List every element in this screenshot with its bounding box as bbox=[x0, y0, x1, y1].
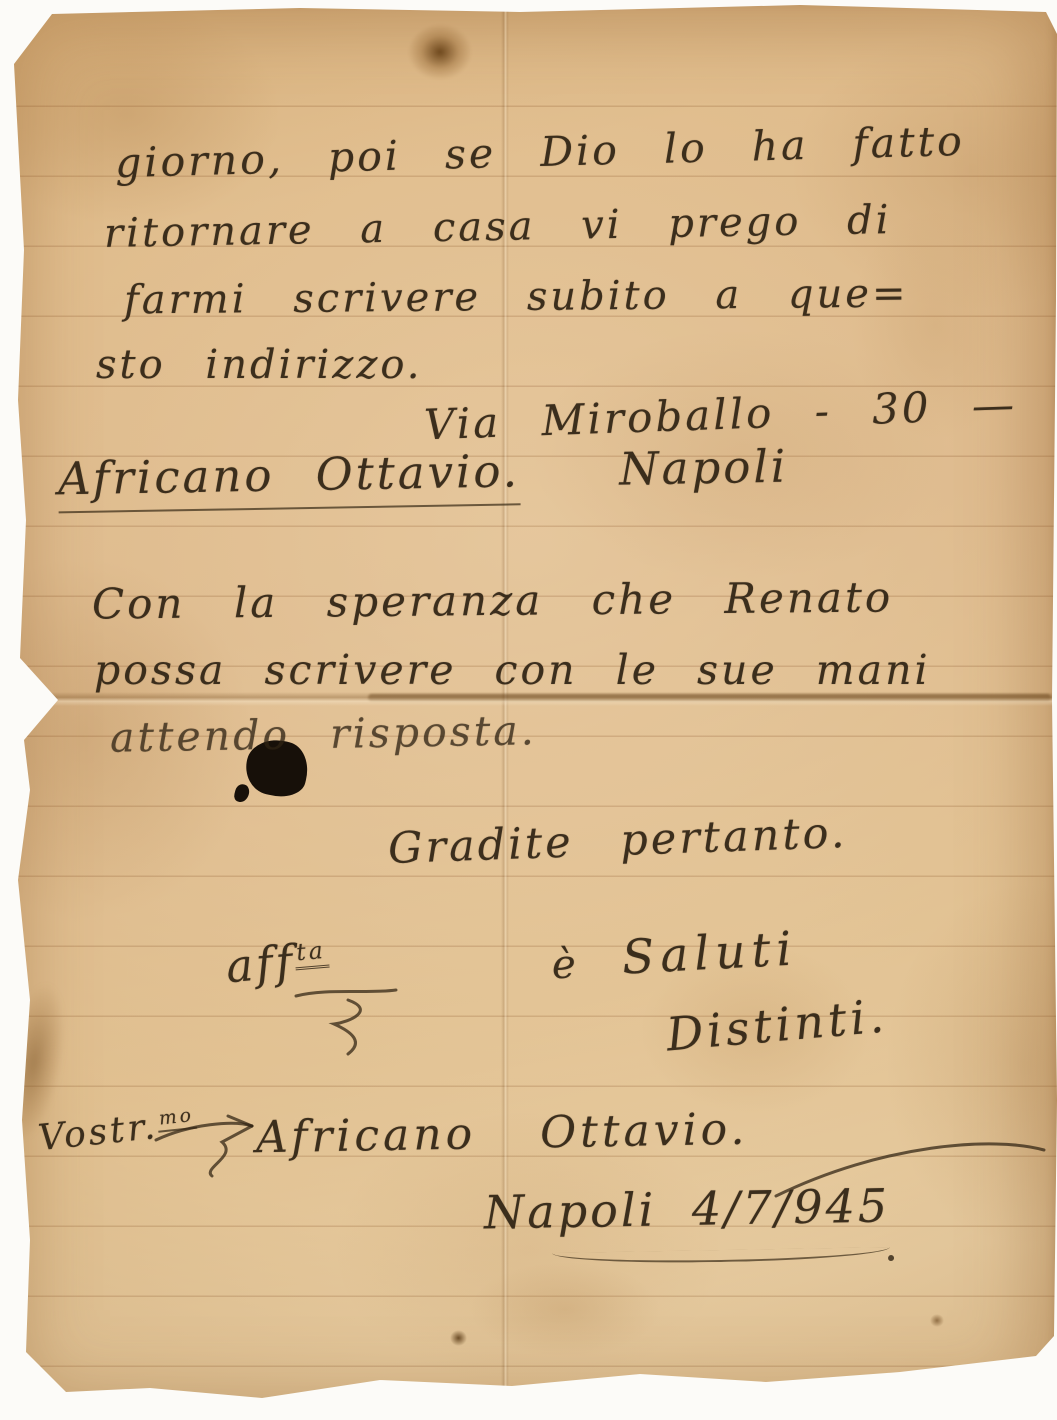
horizontal-fold-crease-dark bbox=[368, 694, 1051, 701]
stain-top-center bbox=[408, 24, 472, 80]
hope-line-1: Con la speranza che Renato bbox=[92, 573, 894, 629]
signature-prefix: Vostr.mo bbox=[36, 1102, 198, 1159]
signature-prefix-base: Vostr. bbox=[36, 1106, 160, 1159]
address-street: Via Miroballo - 30 — bbox=[423, 380, 1017, 450]
regards-abbreviation: affta bbox=[224, 932, 331, 994]
hope-line-2: possa scrivere con le sue mani bbox=[94, 646, 931, 694]
sender-name-underlined: Africano Ottavio. bbox=[58, 444, 521, 513]
letter-body-line-3: farmi scrivere subito a que= bbox=[124, 271, 909, 324]
regards-abbrev-base: aff bbox=[224, 935, 297, 994]
regards-distinti: Distinti. bbox=[664, 988, 890, 1061]
scanned-letter: giorno, poi se Dio lo ha fatto ritornare… bbox=[0, 0, 1057, 1420]
pen-flourish-under-abbreviation bbox=[292, 988, 402, 1060]
regards-saluti: Saluti bbox=[621, 921, 799, 985]
address-line: Africano Ottavio. Napoli bbox=[58, 440, 789, 506]
hope-line-3: attendo risposta. bbox=[110, 706, 537, 761]
closing-line: Gradite pertanto. bbox=[387, 808, 848, 874]
signature-prefix-superscript: mo bbox=[156, 1105, 197, 1133]
letter-body-line-4: sto indirizzo. bbox=[96, 342, 423, 388]
stain-faint-bottom bbox=[470, 1262, 660, 1357]
letter-body-line-1: giorno, poi se Dio lo ha fatto bbox=[115, 117, 966, 187]
stain-dot-bottom-center bbox=[450, 1330, 467, 1346]
letter-paper: giorno, poi se Dio lo ha fatto ritornare… bbox=[0, 0, 1057, 1420]
dateline-underline bbox=[552, 1247, 890, 1265]
stain-dot-bottom-right bbox=[930, 1314, 944, 1327]
horizontal-fold-crease bbox=[0, 692, 1057, 706]
dateline: Napoli 4/7/945 bbox=[484, 1178, 891, 1239]
signature-name: Africano Ottavio. bbox=[256, 1104, 749, 1164]
letter-body-line-2: ritornare a casa vi prego di bbox=[104, 197, 892, 257]
address-city: Napoli bbox=[619, 440, 789, 496]
regards-abbrev-superscript: ta bbox=[293, 936, 329, 971]
regards-conjunction: è bbox=[552, 942, 579, 988]
